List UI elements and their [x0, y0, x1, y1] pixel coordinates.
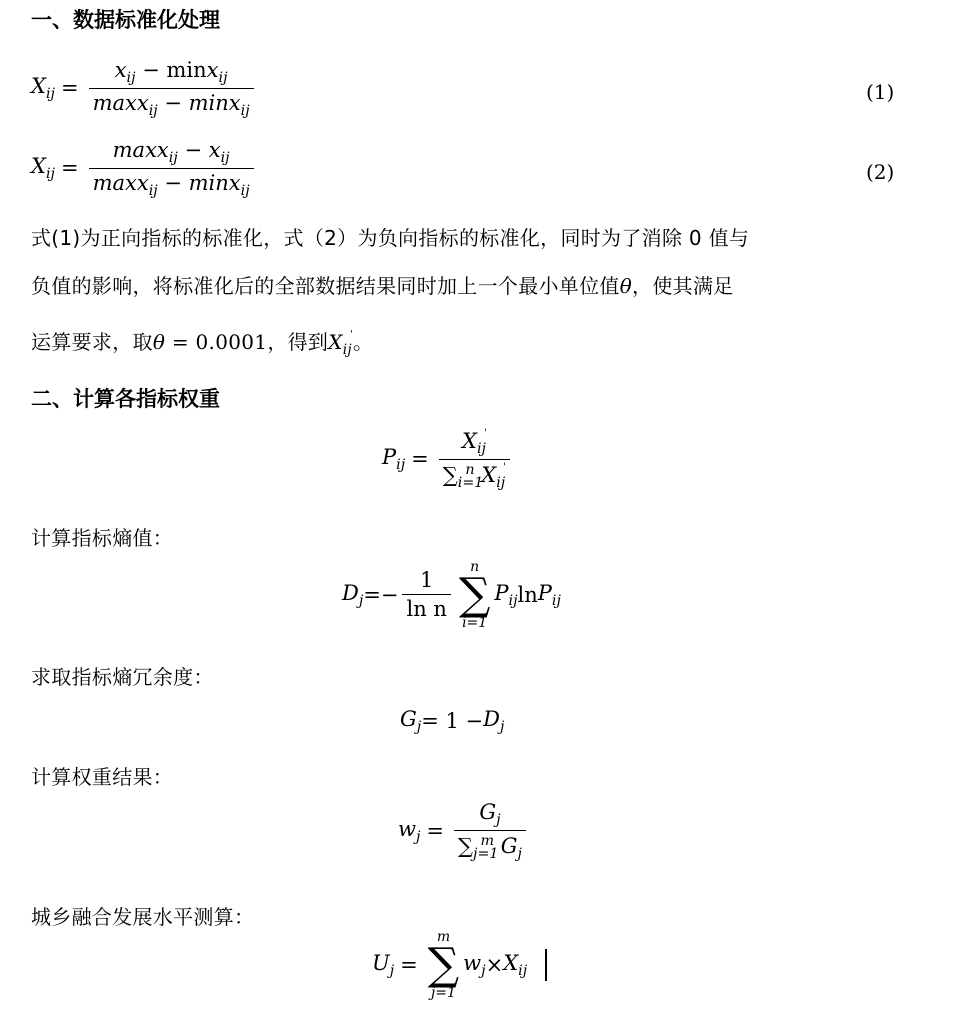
section-heading-2: 二、计算各指标权重	[31, 383, 220, 413]
equals-sign: =	[61, 156, 79, 180]
equation-1: Xij = xij − minxij maxxij − minxij	[31, 58, 258, 119]
equation-d: Dj =− 1ln n n∑i=1 Pij ln Pij	[342, 560, 561, 630]
label-level: 城乡融合发展水平测算：	[31, 901, 931, 930]
label-entropy: 计算指标熵值：	[31, 522, 931, 551]
equation-u: Uj = m∑j=1 wj × Xij	[372, 930, 547, 1000]
eq2-fraction: maxxij − xij maxxij − minxij	[89, 138, 254, 199]
label-redundancy: 求取指标熵冗余度：	[31, 661, 931, 690]
eq1-fraction: xij − minxij maxxij − minxij	[89, 58, 254, 119]
paragraph-line-1: 式(1)为正向指标的标准化，式（2）为负向指标的标准化，同时为了消除 0 值与	[31, 222, 931, 251]
equation-number-1: (1)	[866, 80, 894, 104]
paragraph-line-2: 负值的影响，将标准化后的全部数据结果同时加上一个最小单位值θ，使其满足	[31, 270, 931, 299]
equation-number-2: (2)	[866, 160, 894, 184]
equals-sign: =	[61, 76, 79, 100]
label-weight: 计算权重结果：	[31, 761, 931, 790]
paragraph-line-3: 运算要求，取θ = 0.0001，得到Xij'。	[31, 326, 931, 358]
equation-p: Pij = Xij' ∑i=1n Xij'	[382, 428, 514, 491]
equation-w: wj = Gj ∑j=1m Gj	[398, 800, 530, 862]
eq1-lhs: Xij	[31, 74, 55, 102]
equation-g: Gj = 1 − Dj	[400, 707, 504, 735]
section-heading-1: 一、数据标准化处理	[31, 4, 220, 34]
text-cursor	[545, 949, 547, 981]
eq2-lhs: Xij	[31, 154, 55, 182]
equation-2: Xij = maxxij − xij maxxij − minxij	[31, 138, 258, 199]
